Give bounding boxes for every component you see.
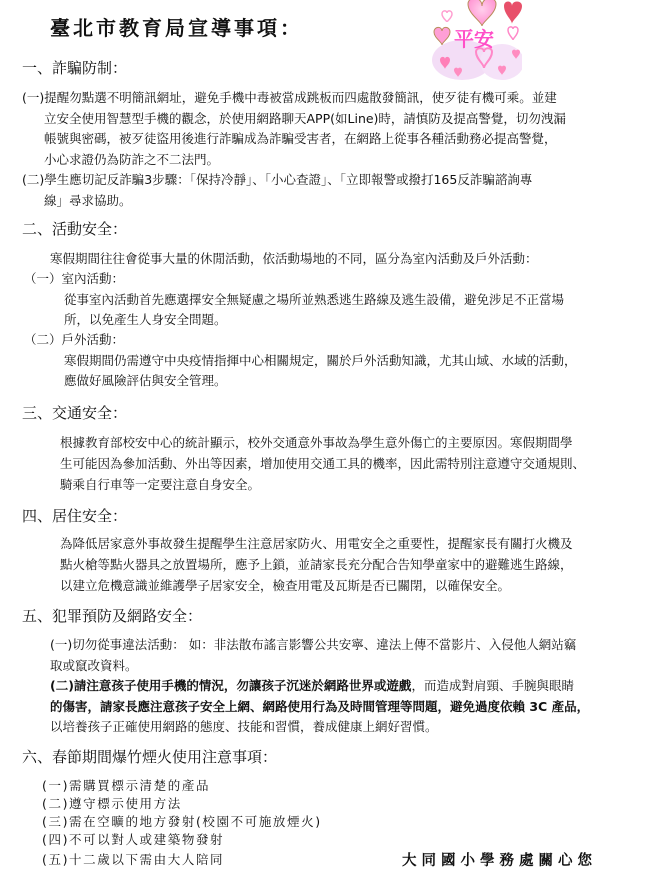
- hearts-heart-icon: 平安: [432, 0, 522, 82]
- section-3-line-2: 生可能因為參加活動、外出等因素，增加使用交通工具的機率，因此需特別注意遵守交通規…: [60, 454, 585, 475]
- section-5-item-2-line-2: 的傷害，請家長應注意孩子安全上網、網路使用行為及時間管理等問題，避免過度依賴 3…: [50, 697, 589, 718]
- section-5-item-2-line-3: 以培養孩子正確使用網路的態度、技能和習慣，養成健康上網好習慣。: [50, 717, 438, 738]
- section-3-heading: 三、交通安全：: [22, 402, 127, 423]
- section-6-item-5: (五)十二歲以下需由大人陪同: [42, 851, 224, 869]
- section-6-item-2: (二)遵守標示使用方法: [42, 795, 182, 813]
- section-1-item-1-line-3: 帳號與密碼，被歹徒盜用後進行詐騙成為詐騙受害者，在網路上從事各種活動務必提高警覺…: [44, 129, 557, 150]
- section-6-item-1: (一)需購買標示清楚的產品: [42, 777, 210, 795]
- section-4-heading: 四、居住安全：: [22, 505, 127, 526]
- svg-text:平安: 平安: [454, 27, 494, 51]
- section-2-sub-2-line-1: 寒假期間仍需遵守中央疫情指揮中心相關規定，關於戶外活動知識，尤其山域、水域的活動…: [64, 351, 577, 372]
- section-2-sub-1-line-2: 所，以免產生人身安全問題。: [64, 310, 227, 331]
- section-5-heading: 五、犯罪預防及網路安全：: [22, 605, 202, 626]
- section-2-sub-2-line-2: 應做好風險評估與安全管理。: [64, 371, 227, 392]
- section-5-item-1-line-2: 取或竄改資料。: [50, 656, 138, 677]
- section-1-heading: 一、詐騙防制：: [22, 57, 127, 78]
- section-6-item-4: (四)不可以對人或建築物發射: [42, 831, 224, 849]
- section-2-heading: 二、活動安全：: [22, 218, 127, 239]
- section-4-line-1: 為降低居家意外事故發生提醒學生注意居家防火、用電安全之重要性，提醒家長有關打火機…: [60, 534, 573, 555]
- section-1-item-1-line-1: (一)提醒勿點選不明簡訊網址，避免手機中毒被當成跳板而四處散發簡訊，使歹徒有機可…: [22, 88, 557, 109]
- heart-peace-badge: 平安: [432, 0, 522, 82]
- section-1-item-2-line-1: (二)學生應切記反詐騙3步驟：「保持冷靜」、「小心查證」、「立即報警或撥打165…: [22, 170, 532, 191]
- section-2-sub-1-line-1: 從事室內活動首先應選擇安全無疑慮之場所並熟悉逃生路線及逃生設備，避免涉足不正當場: [64, 290, 564, 311]
- section-6-item-3: (三)需在空曠的地方發射(校園不可施放煙火): [42, 813, 322, 831]
- section-2-sub-2-label: （二）戶外活動：: [24, 330, 124, 351]
- section-5-item-2-line-1: (二)請注意孩子使用手機的情況，勿讓孩子沉迷於網路世界或遊戲，而造成對肩頸、手腕…: [50, 676, 574, 697]
- section-1-item-1-line-2: 立安全使用智慧型手機的觀念，於使用網路聊天APP(如Line)時，請慎防及提高警…: [44, 109, 566, 130]
- section-3-line-1: 根據教育部校安中心的統計顯示，校外交通意外事故為學生意外傷亡的主要原因。寒假期間…: [60, 433, 573, 454]
- signature: 大同國小學務處關心您: [402, 849, 597, 870]
- section-6-heading: 六、春節期間爆竹煙火使用注意事項：: [22, 746, 277, 767]
- section-2-intro: 寒假期間往往會從事大量的休閒活動，依活動場地的不同，區分為室內活動及戶外活動：: [50, 249, 538, 270]
- section-4-line-2: 點火槍等點火器具之放置場所，應予上鎖，並請家長充分配合告知學童家中的避難逃生路線…: [60, 555, 573, 576]
- page-title: 臺北市教育局宣導事項：: [50, 12, 303, 41]
- section-2-sub-1-label: （一）室內活動：: [24, 269, 124, 290]
- section-4-line-3: 以建立危機意識並維護學子居家安全，檢查用電及瓦斯是否已關閉，以確保安全。: [60, 576, 510, 597]
- section-1-item-2-line-2: 線」尋求協助。: [44, 191, 132, 212]
- section-5-item-2-rest: ，而造成對肩頸、手腕與眼睛: [411, 678, 574, 693]
- section-1-item-1-line-4: 小心求證仍為防詐之不二法門。: [44, 150, 219, 171]
- section-5-item-1-line-1: (一)切勿從事違法活動： 如：非法散布謠言影響公共安寧、違法上傳不當影片、入侵他…: [50, 635, 576, 656]
- section-3-line-3: 騎乘自行車等一定要注意自身安全。: [60, 475, 260, 496]
- section-5-item-2-bold: (二)請注意孩子使用手機的情況，勿讓孩子沉迷於網路世界或遊戲: [50, 678, 411, 693]
